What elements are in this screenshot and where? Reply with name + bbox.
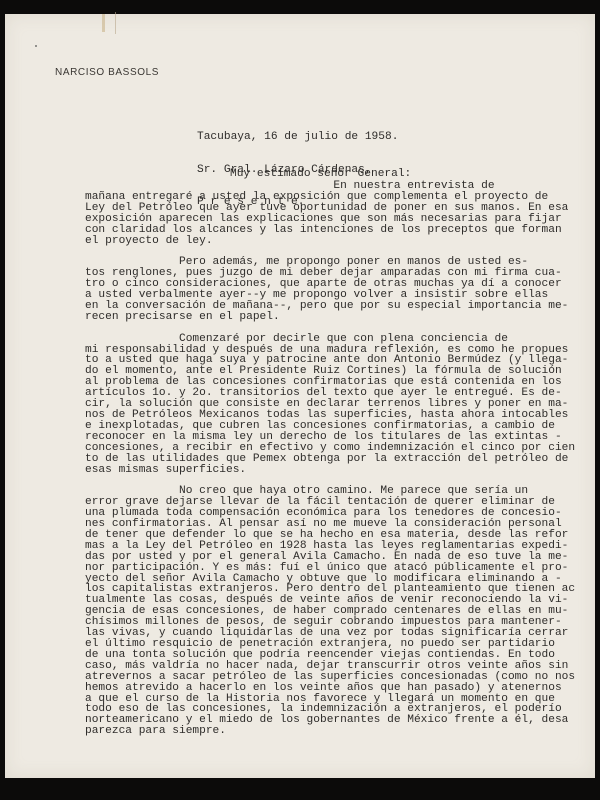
text-line: hemos atrevido a hacerlo en los veinte a…	[85, 683, 575, 694]
salutation: Muy estimado señor General:	[230, 169, 411, 180]
text-line: esas mismas superficies.	[85, 465, 575, 476]
letter-page: NARCISO BASSOLS Tacubaya, 16 de julio de…	[5, 14, 595, 778]
paper-mark	[115, 12, 116, 34]
text-line: el proyecto de ley.	[85, 236, 575, 247]
text-line: atrevernos a sacar petróleo de las super…	[85, 672, 575, 683]
text-line: to de las utilidades que Pemex obtenga p…	[85, 454, 575, 465]
text-line: con claridad los alcances y las intencio…	[85, 225, 575, 236]
paragraph: No creo que haya otro camino. Me parece …	[85, 486, 575, 737]
letter-body: En nuestra entrevista demañana entregaré…	[85, 181, 575, 737]
paper-mark	[102, 14, 105, 32]
text-line: parezca para siempre.	[85, 726, 575, 737]
letterhead: NARCISO BASSOLS	[55, 67, 159, 78]
paragraph: Comenzaré por decirle que con plena conc…	[85, 334, 575, 476]
text-line: exposición aparecen las explicaciones qu…	[85, 214, 575, 225]
paragraph: En nuestra entrevista demañana entregaré…	[85, 181, 575, 246]
place-date: Tacubaya, 16 de julio de 1958.	[197, 132, 398, 143]
paragraph: Pero además, me propongo poner en manos …	[85, 257, 575, 322]
text-line: Comenzaré por decirle que con plena conc…	[85, 334, 575, 345]
text-line: nor participación. Y es más: fuí el únic…	[85, 563, 575, 574]
text-line: concesiones, a recibir en efectivo y com…	[85, 443, 575, 454]
text-line: recen precisarse en el papel.	[85, 312, 575, 323]
paper-mark	[35, 45, 37, 47]
